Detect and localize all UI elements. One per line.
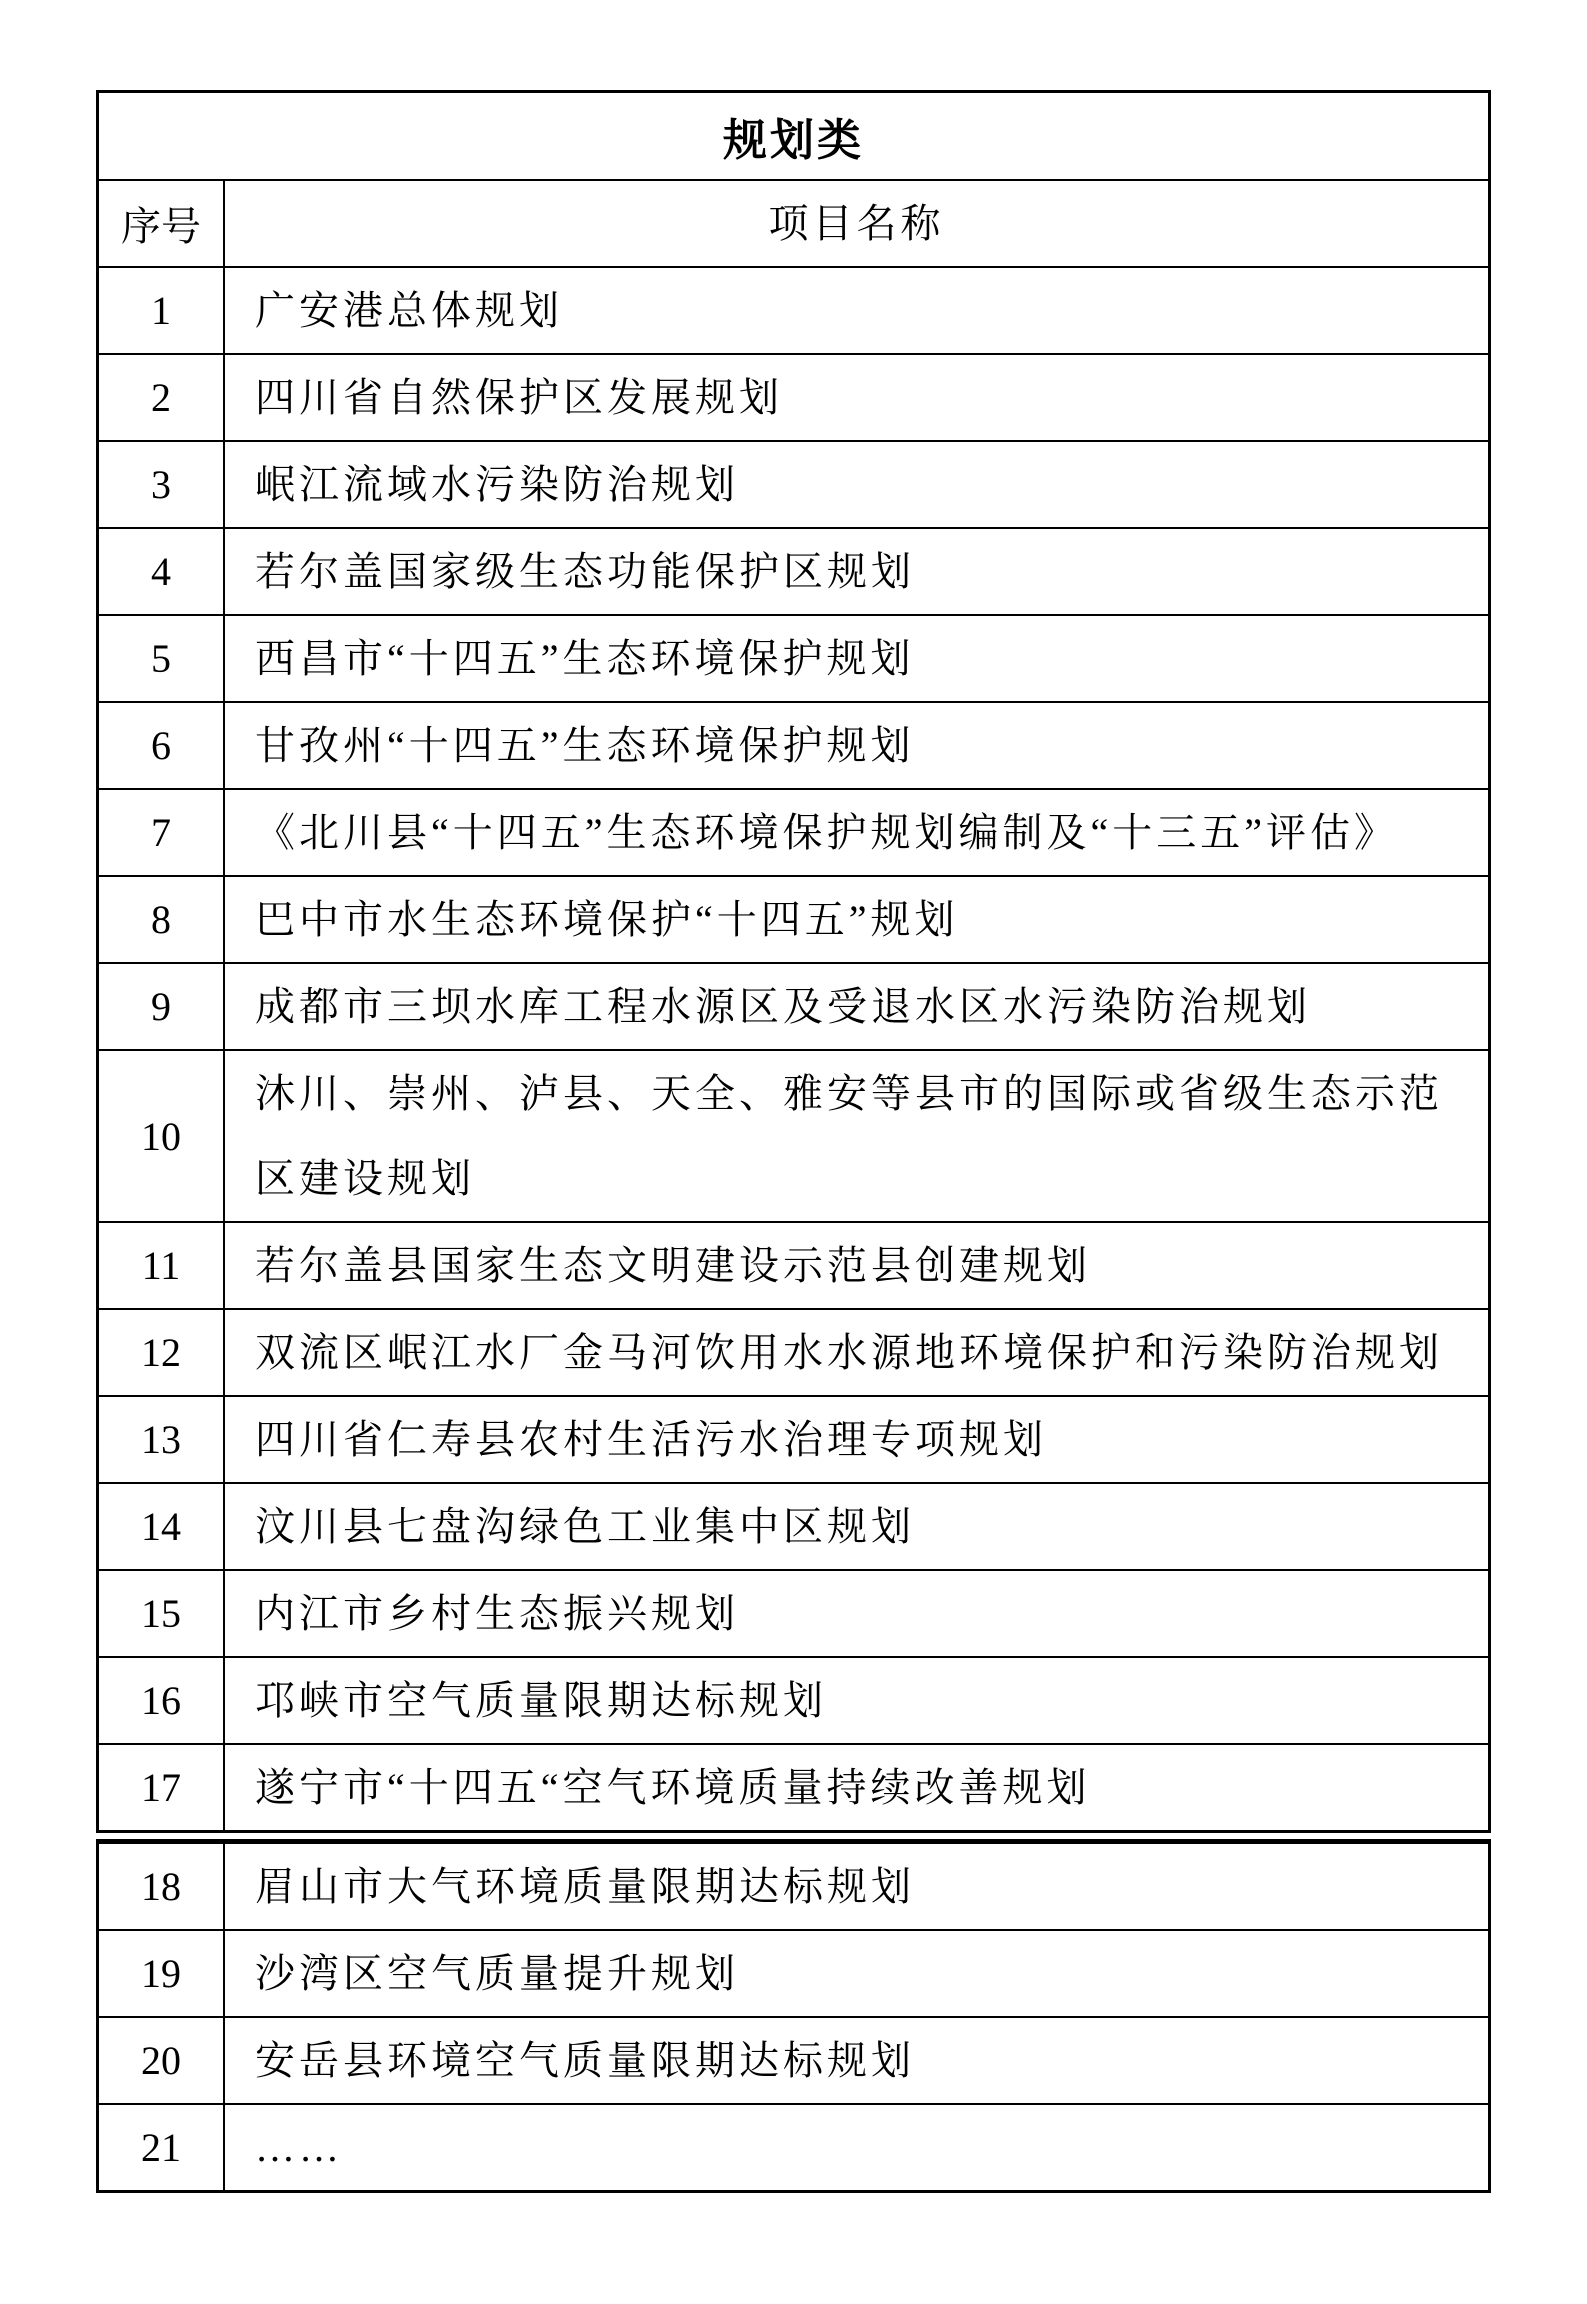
table-rows-top: 1 广安港总体规划 2 四川省自然保护区发展规划 3 岷江流域水污染防治规划 4… [99,266,1488,1830]
project-name-text: 安岳县环境空气质量限期达标规划 [255,2018,915,2103]
row-number-cell: 9 [99,964,225,1049]
project-name-text: 汶川县七盘沟绿色工业集中区规划 [255,1484,915,1569]
project-name-cell: 成都市三坝水库工程水源区及受退水区水污染防治规划 [225,964,1488,1049]
project-name-cell: 巴中市水生态环境保护“十四五”规划 [225,877,1488,962]
project-name-text: 岷江流域水污染防治规划 [255,442,739,527]
table-title: 规划类 [99,93,1488,179]
row-number-cell: 20 [99,2018,225,2103]
project-name-text: 西昌市“十四五”生态环境保护规划 [255,616,915,701]
document-page: 规划类 序号 项目名称 1 广安港总体规划 2 四川省自然保护区发展规划 3 岷… [0,0,1587,2304]
table-row: 16 邛峡市空气质量限期达标规划 [99,1656,1488,1743]
project-name-text: …… [255,2105,343,2190]
row-number-cell: 10 [99,1051,225,1221]
row-number-cell: 5 [99,616,225,701]
project-name-cell: 安岳县环境空气质量限期达标规划 [225,2018,1488,2103]
project-name-cell: 遂宁市“十四五“空气环境质量持续改善规划 [225,1745,1488,1830]
table-rows-bottom: 18 眉山市大气环境质量限期达标规划 19 沙湾区空气质量提升规划 20 安岳县… [99,1842,1488,2190]
table-row: 18 眉山市大气环境质量限期达标规划 [99,1842,1488,1929]
table-row: 6 甘孜州“十四五”生态环境保护规划 [99,701,1488,788]
project-name-cell: 岷江流域水污染防治规划 [225,442,1488,527]
row-number-cell: 11 [99,1223,225,1308]
project-name-cell: 邛峡市空气质量限期达标规划 [225,1658,1488,1743]
project-name-text: 双流区岷江水厂金马河饮用水水源地环境保护和污染防治规划 [255,1310,1443,1395]
table-row: 14 汶川县七盘沟绿色工业集中区规划 [99,1482,1488,1569]
row-number-cell: 8 [99,877,225,962]
project-name-cell: 汶川县七盘沟绿色工业集中区规划 [225,1484,1488,1569]
table-row: 3 岷江流域水污染防治规划 [99,440,1488,527]
project-name-cell: 广安港总体规划 [225,268,1488,353]
project-name-text: 内江市乡村生态振兴规划 [255,1571,739,1656]
row-number-cell: 7 [99,790,225,875]
project-name-text: 甘孜州“十四五”生态环境保护规划 [255,703,915,788]
project-name-text: 巴中市水生态环境保护“十四五”规划 [255,877,959,962]
row-number-cell: 16 [99,1658,225,1743]
table-row: 9 成都市三坝水库工程水源区及受退水区水污染防治规划 [99,962,1488,1049]
project-name-text: 遂宁市“十四五“空气环境质量持续改善规划 [255,1745,1091,1830]
project-name-text: 四川省自然保护区发展规划 [255,355,783,440]
row-number-cell: 12 [99,1310,225,1395]
project-name-cell: 内江市乡村生态振兴规划 [225,1571,1488,1656]
table-row: 8 巴中市水生态环境保护“十四五”规划 [99,875,1488,962]
project-name-cell: 四川省自然保护区发展规划 [225,355,1488,440]
table-header-row: 序号 项目名称 [99,179,1488,266]
project-name-cell: 若尔盖国家级生态功能保护区规划 [225,529,1488,614]
project-name-cell: 四川省仁寿县农村生活污水治理专项规划 [225,1397,1488,1482]
row-number-cell: 4 [99,529,225,614]
project-name-cell: 沙湾区空气质量提升规划 [225,1931,1488,2016]
table-row: 20 安岳县环境空气质量限期达标规划 [99,2016,1488,2103]
table-fragment-bottom: 18 眉山市大气环境质量限期达标规划 19 沙湾区空气质量提升规划 20 安岳县… [96,1839,1491,2193]
column-header-name: 项目名称 [225,181,1488,266]
project-name-text: 沐川、崇州、泸县、天全、雅安等县市的国际或省级生态示范区建设规划 [255,1051,1462,1221]
row-number-cell: 21 [99,2105,225,2190]
row-number-cell: 19 [99,1931,225,2016]
project-name-cell: 双流区岷江水厂金马河饮用水水源地环境保护和污染防治规划 [225,1310,1488,1395]
row-number-cell: 6 [99,703,225,788]
column-header-name-label: 项目名称 [769,181,945,266]
project-name-cell: 《北川县“十四五”生态环境保护规划编制及“十三五”评估》 [225,790,1488,875]
project-name-text: 邛峡市空气质量限期达标规划 [255,1658,827,1743]
project-name-cell: …… [225,2105,1488,2190]
project-name-text: 四川省仁寿县农村生活污水治理专项规划 [255,1397,1047,1482]
table-row: 13 四川省仁寿县农村生活污水治理专项规划 [99,1395,1488,1482]
column-header-no: 序号 [99,181,225,266]
row-number-cell: 1 [99,268,225,353]
project-name-text: 成都市三坝水库工程水源区及受退水区水污染防治规划 [255,964,1311,1049]
row-number-cell: 18 [99,1844,225,1929]
row-number-cell: 17 [99,1745,225,1830]
table-row: 11 若尔盖县国家生态文明建设示范县创建规划 [99,1221,1488,1308]
project-name-text: 眉山市大气环境质量限期达标规划 [255,1844,915,1929]
table-row: 10 沐川、崇州、泸县、天全、雅安等县市的国际或省级生态示范区建设规划 [99,1049,1488,1221]
project-name-text: 广安港总体规划 [255,268,563,353]
row-number-cell: 14 [99,1484,225,1569]
project-name-cell: 西昌市“十四五”生态环境保护规划 [225,616,1488,701]
table-row: 17 遂宁市“十四五“空气环境质量持续改善规划 [99,1743,1488,1830]
table-row: 12 双流区岷江水厂金马河饮用水水源地环境保护和污染防治规划 [99,1308,1488,1395]
project-name-cell: 甘孜州“十四五”生态环境保护规划 [225,703,1488,788]
table-row: 15 内江市乡村生态振兴规划 [99,1569,1488,1656]
table-row: 21 …… [99,2103,1488,2190]
row-number-cell: 3 [99,442,225,527]
table-row: 2 四川省自然保护区发展规划 [99,353,1488,440]
table-row: 7 《北川县“十四五”生态环境保护规划编制及“十三五”评估》 [99,788,1488,875]
project-name-cell: 沐川、崇州、泸县、天全、雅安等县市的国际或省级生态示范区建设规划 [225,1051,1488,1221]
table-row: 4 若尔盖国家级生态功能保护区规划 [99,527,1488,614]
row-number-cell: 13 [99,1397,225,1482]
row-number-cell: 2 [99,355,225,440]
project-name-text: 沙湾区空气质量提升规划 [255,1931,739,2016]
table-row: 19 沙湾区空气质量提升规划 [99,1929,1488,2016]
table-row: 1 广安港总体规划 [99,266,1488,353]
project-name-cell: 眉山市大气环境质量限期达标规划 [225,1844,1488,1929]
project-name-text: 若尔盖县国家生态文明建设示范县创建规划 [255,1223,1091,1308]
project-name-text: 若尔盖国家级生态功能保护区规划 [255,529,915,614]
planning-table: 规划类 序号 项目名称 1 广安港总体规划 2 四川省自然保护区发展规划 3 岷… [96,90,1491,2193]
project-name-text: 《北川县“十四五”生态环境保护规划编制及“十三五”评估》 [255,790,1398,875]
table-fragment-top: 规划类 序号 项目名称 1 广安港总体规划 2 四川省自然保护区发展规划 3 岷… [96,90,1491,1833]
project-name-cell: 若尔盖县国家生态文明建设示范县创建规划 [225,1223,1488,1308]
table-row: 5 西昌市“十四五”生态环境保护规划 [99,614,1488,701]
row-number-cell: 15 [99,1571,225,1656]
